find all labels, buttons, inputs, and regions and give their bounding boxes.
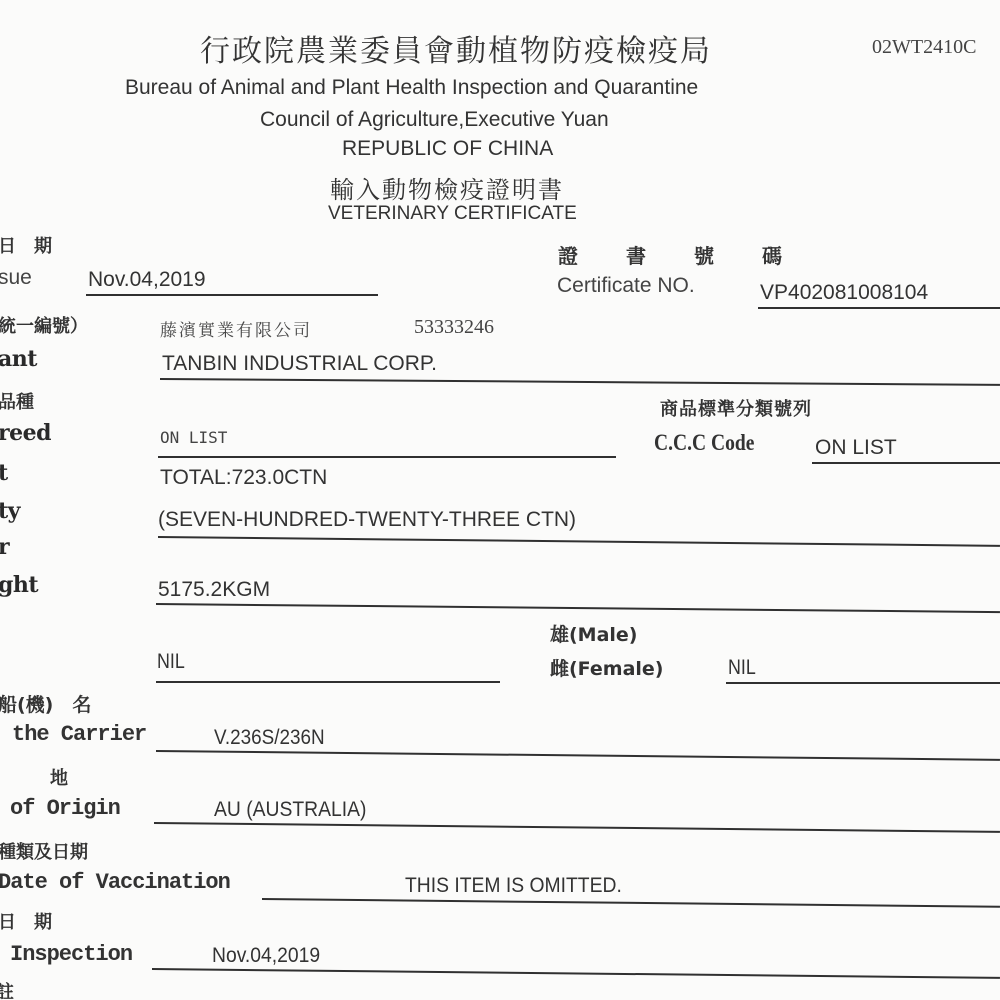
certificate-no-label-en: Certificate NO.: [557, 274, 695, 298]
breed-label-en: reed: [0, 420, 51, 446]
quantity-label-en-2: ty: [0, 498, 20, 524]
breed-label-cn: 品種: [0, 388, 34, 414]
origin-underline: [154, 822, 1000, 833]
remarks-label-cn: 註: [0, 978, 14, 1000]
document-title-english: VETERINARY CERTIFICATE: [328, 203, 577, 225]
country-name: REPUBLIC OF CHINA: [342, 137, 553, 161]
document-title-chinese: 輸入動物檢疫證明書: [330, 170, 564, 205]
breed-underline: [158, 456, 616, 458]
inspection-value: Nov.04,2019: [212, 944, 320, 968]
quantity-underline: [158, 536, 1000, 547]
vaccination-value: THIS ITEM IS OMITTED.: [405, 874, 622, 898]
male-label: 雄(Male): [550, 620, 638, 647]
importer-label-en: ant: [0, 346, 37, 372]
origin-value: AU (AUSTRALIA): [214, 798, 366, 822]
quantity-label-en-3: r: [0, 534, 9, 560]
certificate-no-label-cn: 證 書 號 碼: [558, 240, 796, 269]
council-name: Council of Agriculture,Executive Yuan: [260, 108, 609, 132]
sex-value-left: NIL: [157, 650, 185, 674]
vaccination-label-cn: 種類及日期: [0, 838, 88, 864]
importer-underline: [160, 378, 1000, 386]
quantity-total: TOTAL:723.0CTN: [160, 466, 327, 490]
ccc-code-value: ON LIST: [815, 436, 897, 460]
date-of-issue-underline: [86, 294, 378, 296]
agency-name-chinese: 行政院農業委員會動植物防疫檢疫局: [200, 26, 712, 70]
carrier-label-cn: 船(機) 名: [0, 690, 91, 717]
certificate-no-value: VP402081008104: [760, 281, 928, 305]
agency-name-english: Bureau of Animal and Plant Health Inspec…: [125, 76, 698, 100]
female-underline: [726, 682, 1000, 684]
quantity-in-words: (SEVEN-HUNDRED-TWENTY-THREE CTN): [158, 508, 576, 532]
female-value: NIL: [728, 656, 756, 680]
importer-tax-id: 53333246: [414, 316, 494, 339]
form-number: 02WT2410C: [872, 36, 976, 59]
vaccination-underline: [262, 898, 1000, 908]
ccc-code-label-en: C.C.C Code: [654, 430, 754, 456]
origin-label-cn: 地: [50, 764, 68, 790]
weight-underline: [156, 603, 1000, 613]
quantity-label-en-1: t: [0, 460, 8, 486]
ccc-code-label-cn: 商品標準分類號列: [660, 395, 812, 421]
certificate-no-underline: [758, 307, 1000, 309]
importer-name-english: TANBIN INDUSTRIAL CORP.: [162, 352, 437, 376]
ccc-code-underline: [812, 462, 1000, 464]
carrier-label-en: the Carrier: [12, 722, 146, 747]
importer-name-chinese: 藤濱實業有限公司: [160, 316, 312, 341]
breed-value: ON LIST: [160, 428, 227, 447]
date-of-issue-value: Nov.04,2019: [88, 268, 206, 292]
inspection-label-cn: 日 期: [0, 908, 52, 934]
weight-label-en: ght: [0, 572, 38, 598]
sex-left-underline: [156, 681, 500, 683]
date-of-issue-label-cn: 日 期: [0, 232, 52, 258]
inspection-label-en: Inspection: [10, 942, 132, 967]
vaccination-label-en: Date of Vaccination: [0, 870, 230, 895]
carrier-value: V.236S/236N: [214, 726, 325, 750]
inspection-underline: [152, 968, 1000, 979]
importer-label-cn: 統一編號）: [0, 312, 88, 338]
carrier-underline: [156, 750, 1000, 761]
female-label: 雌(Female): [550, 654, 663, 681]
origin-label-en: of Origin: [10, 796, 120, 821]
date-of-issue-label-en: sue: [0, 266, 32, 290]
weight-value: 5175.2KGM: [158, 578, 270, 602]
